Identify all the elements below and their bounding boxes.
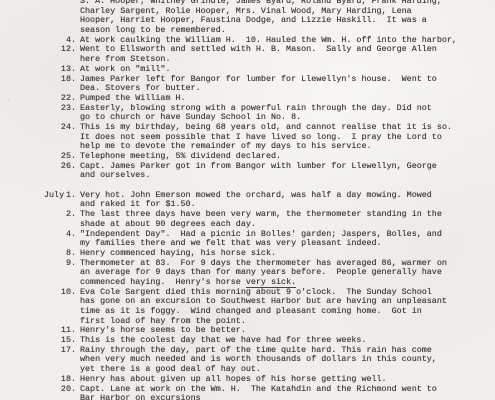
- journal-line: Hooper, Harriet Hooper, Faustina Dodge, …: [0, 16, 495, 26]
- line-text: Bar Harbor on excursions: [80, 393, 201, 400]
- line-text: Pumped the William H.: [80, 93, 186, 103]
- day-number: 17.: [45, 346, 76, 356]
- line-text: go to church or have Sunday School in No…: [80, 112, 301, 122]
- line-text: James Parker left for Bangor for lumber …: [80, 74, 437, 84]
- line-text: help me to devote the remainder of my da…: [80, 141, 372, 151]
- line-text: "Independent Day". Had a picnic in Bolle…: [80, 229, 442, 239]
- day-number: 9.: [45, 259, 76, 269]
- line-text: when very much needed and is worth thous…: [80, 354, 437, 364]
- line-text: This is my birthday, being 68 years old,…: [80, 122, 452, 132]
- day-number: 20.: [45, 385, 76, 395]
- day-number: 23.: [45, 104, 76, 114]
- line-text: Dea. Stovers for butter.: [80, 83, 201, 93]
- day-number: 10.: [45, 288, 76, 298]
- day-number: 1.: [45, 191, 76, 201]
- scanned-journal-page: S. A. Hooper, Whitney Grindle, James Bya…: [0, 0, 495, 400]
- line-text: time as it is foggy. Wind changed and pl…: [80, 306, 422, 316]
- day-number: 26.: [45, 162, 76, 172]
- line-text: At work on "mill".: [80, 64, 170, 74]
- line-text: and raked it for $1.50.: [80, 199, 196, 209]
- line-text: my families there and we felt that was v…: [80, 238, 382, 248]
- line-text: and ourselves.: [80, 170, 150, 180]
- journal-line: 12.Went to Ellsworth and settled with H.…: [0, 45, 495, 55]
- line-text: Telephone meeting, 5% dividend declared.: [80, 151, 281, 161]
- line-text: Hooper, Harriet Hooper, Faustina Dodge, …: [80, 15, 427, 25]
- text-block: S. A. Hooper, Whitney Grindle, James Bya…: [0, 0, 495, 400]
- day-number: 4.: [45, 230, 76, 240]
- day-number: 2.: [45, 210, 76, 220]
- journal-line: July1.Very hot. John Emerson mowed the o…: [0, 191, 495, 201]
- journal-line: 26.Capt. James Parker got in from Bangor…: [0, 162, 495, 172]
- day-number: 18.: [45, 75, 76, 85]
- day-number: 12.: [45, 45, 76, 55]
- journal-line: 20.Capt. Lane at work on the Wm. H. The …: [0, 385, 495, 395]
- line-text: season long to be remembered.: [80, 25, 226, 35]
- line-text: has gone on an excursion to Southwest Ha…: [80, 296, 447, 306]
- journal-line: and ourselves.: [0, 171, 495, 181]
- line-text: yet there is a good deal of hay out.: [80, 364, 261, 374]
- line-text: The last three days have been very warm,…: [80, 209, 442, 219]
- journal-line: Bar Harbor on excursions: [0, 394, 495, 400]
- journal-line: time as it is foggy. Wind changed and pl…: [0, 307, 495, 317]
- line-text: shade at about 90 degrees each day.: [80, 219, 256, 229]
- line-text: Henry has about given up all hopes of hi…: [80, 374, 387, 384]
- line-text: an average for 9 days than for many year…: [80, 267, 442, 277]
- journal-line: 18.James Parker left for Bangor for lumb…: [0, 75, 495, 85]
- line-text: Went to Ellsworth and settled with H. B.…: [80, 44, 437, 54]
- line-text: Henry commenced haying, his horse sick.: [80, 248, 276, 258]
- line-text: here from Stetson.: [80, 54, 170, 64]
- line-text: Capt. Lane at work on the Wm. H. The Kat…: [80, 384, 437, 394]
- line-text: This is the coolest day that we have had…: [80, 335, 366, 345]
- day-number: 24.: [45, 123, 76, 133]
- line-text: Henry's horse seems to be better.: [80, 325, 246, 335]
